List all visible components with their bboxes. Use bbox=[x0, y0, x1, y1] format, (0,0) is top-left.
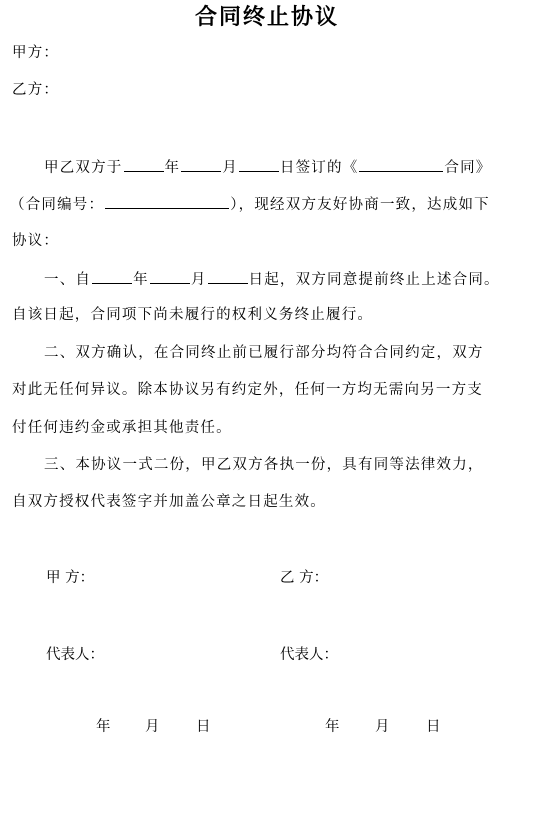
year-label: 年 bbox=[165, 160, 181, 176]
clause-1-rest: 日起，双方同意提前终止上述合同。 bbox=[249, 272, 500, 288]
day-signed-text: 日签订的《 bbox=[280, 160, 359, 176]
date-b-year: 年 bbox=[325, 717, 340, 737]
date-a-day: 日 bbox=[196, 717, 211, 737]
date-b-month: 月 bbox=[375, 717, 390, 737]
termination-year-blank[interactable] bbox=[92, 268, 132, 284]
contract-no-blank[interactable] bbox=[105, 193, 229, 209]
contract-no-label: （合同编号： bbox=[10, 197, 104, 213]
party-a-label: 甲方： bbox=[12, 43, 59, 63]
document-title: 合同终止协议 bbox=[0, 2, 534, 32]
clause-2-line-1: 二、双方确认，在合同终止前已履行部分均符合合同约定，双方 bbox=[44, 343, 484, 363]
termination-month-blank[interactable] bbox=[150, 268, 190, 284]
signature-party-a: 甲 方： bbox=[46, 568, 94, 588]
month-blank[interactable] bbox=[181, 156, 221, 172]
signature-party-b: 乙 方： bbox=[280, 568, 328, 588]
representative-a: 代表人： bbox=[46, 645, 104, 665]
clause-1-line-1: 一、自年月日起，双方同意提前终止上述合同。 bbox=[44, 268, 500, 290]
date-b-day: 日 bbox=[426, 717, 441, 737]
month-label: 月 bbox=[222, 160, 238, 176]
representative-b: 代表人： bbox=[280, 645, 338, 665]
date-a-year: 年 bbox=[96, 717, 111, 737]
contract-suffix: 合同》 bbox=[444, 160, 491, 176]
termination-day-blank[interactable] bbox=[208, 268, 248, 284]
termination-year-label: 年 bbox=[133, 272, 149, 288]
preamble-line-2: （合同编号：），现经双方友好协商一致，达成如下 bbox=[10, 193, 490, 215]
clause-3-line-2: 自双方授权代表签字并加盖公章之日起生效。 bbox=[12, 492, 326, 512]
preamble-line-3: 协议： bbox=[12, 231, 59, 251]
preamble-text: 甲乙双方于 bbox=[44, 160, 123, 176]
preamble-line-1: 甲乙双方于年月日签订的《合同》 bbox=[44, 156, 492, 178]
preamble-rest: ），现经双方友好协商一致，达成如下 bbox=[230, 197, 490, 213]
day-blank[interactable] bbox=[239, 156, 279, 172]
clause-1-line-2: 自该日起，合同项下尚未履行的权利义务终止履行。 bbox=[12, 305, 373, 325]
termination-month-label: 月 bbox=[191, 272, 207, 288]
contract-name-blank[interactable] bbox=[359, 156, 443, 172]
party-b-label: 乙方： bbox=[12, 80, 59, 100]
clause-2-line-3: 付任何违约金或承担其他责任。 bbox=[12, 418, 232, 438]
date-a-month: 月 bbox=[145, 717, 160, 737]
clause-3-line-1: 三、本协议一式二份，甲乙双方各执一份，具有同等法律效力， bbox=[44, 455, 484, 475]
year-blank[interactable] bbox=[124, 156, 164, 172]
clause-1-prefix: 一、自 bbox=[44, 272, 91, 288]
clause-2-line-2: 对此无任何异议。除本协议另有约定外，任何一方均无需向另一方支 bbox=[12, 380, 483, 400]
